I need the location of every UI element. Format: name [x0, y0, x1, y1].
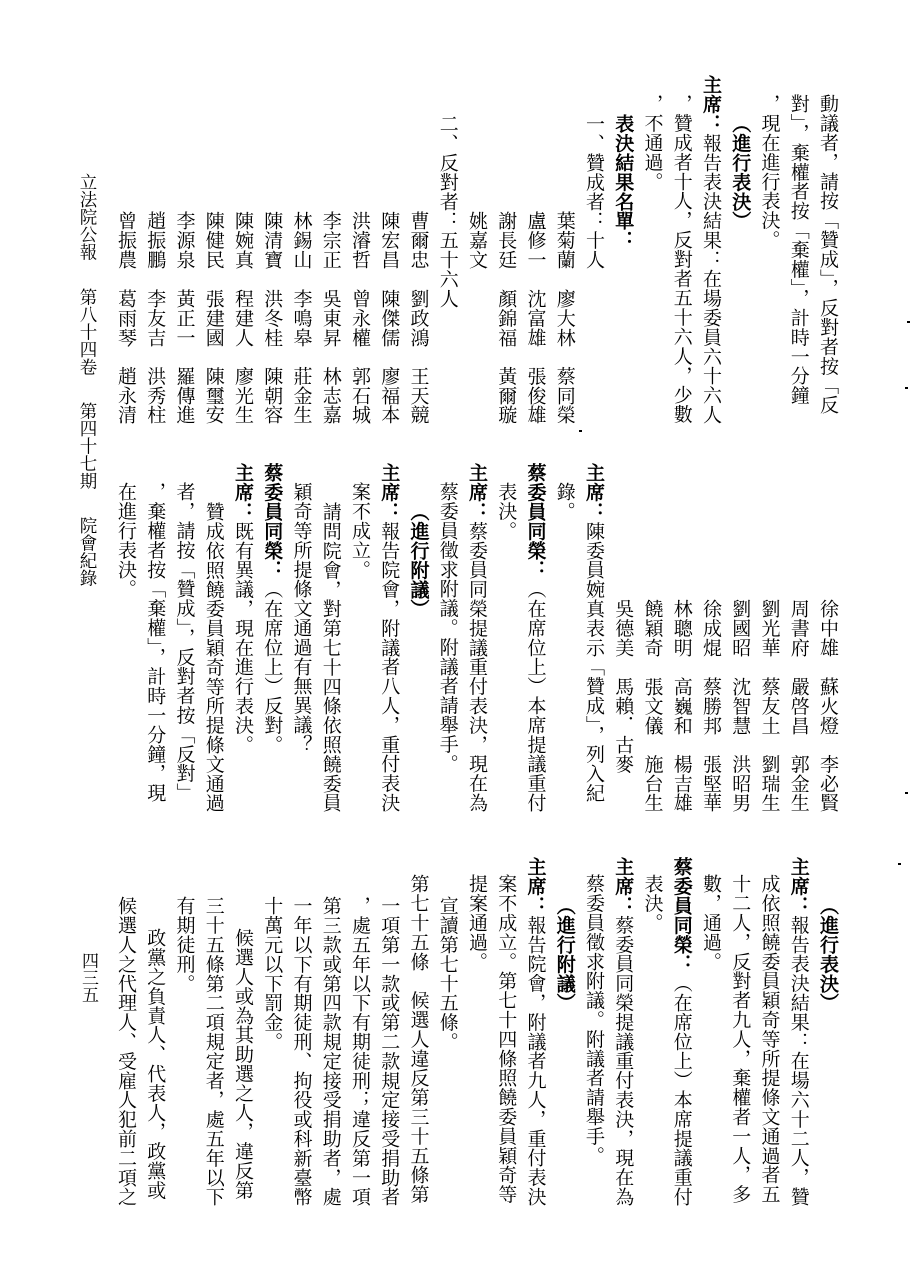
name-column: 林錫山李鳴皋莊金生 [286, 75, 315, 435]
speaker-label: 主席： [700, 75, 722, 133]
article-body-line: 候選人之代理人、受雇人犯前二項之 [111, 857, 140, 1217]
speaker-label: 主席： [525, 857, 547, 915]
legislator-name: 蔡勝邦 [700, 677, 722, 735]
stage-direction: （進行表決） [725, 75, 754, 435]
speaker-line: 主席：蔡委員同榮提議重付表決，現在為 [462, 463, 491, 823]
legislator-name: 曹爾忠 [408, 211, 430, 269]
legislator-name: 林聰明 [671, 599, 693, 657]
legislator-name: 馬賴．古麥 [612, 677, 634, 774]
continuation-line: ，不通過。 [637, 75, 666, 435]
name-column: 饒穎奇張文儀施台生 [637, 463, 666, 823]
article-paragraph-line: 政黨之負責人、代表人，政黨或 [140, 857, 169, 1217]
legislator-name: 洪冬桂 [261, 289, 283, 347]
continuation-line: ，現在進行表決。 [754, 75, 783, 435]
legislator-name: 曾永權 [349, 289, 371, 347]
speech-text: （在席位上）反對。 [261, 579, 283, 754]
legislator-name: 陳傑儒 [378, 289, 400, 347]
paragraph-line: 請問院會，對第七十四條依照饒委員 [316, 463, 345, 823]
article-body-line: 一年以下有期徒刑、拘役或科新臺幣 [286, 857, 315, 1217]
speaker-line: 主席：報告院會，附議者九人，重付表決 [520, 857, 549, 1217]
speaker-label: 主席： [788, 857, 810, 915]
legislator-name: 曾振農 [115, 211, 137, 269]
legislator-name: 徐成焜 [700, 599, 722, 657]
speaker-label: 主席： [583, 463, 605, 521]
legislator-name: 楊吉雄 [671, 754, 693, 812]
legislator-name: 陳宏昌 [378, 211, 400, 269]
legislator-name: 嚴啓昌 [788, 677, 810, 735]
legislator-name: 蔡同榮 [554, 366, 576, 424]
article-body-line: 一項第一款或第二款規定接受捐助者 [374, 857, 403, 1217]
stage-direction: （進行表決） [813, 857, 842, 1217]
scan-speck [579, 430, 582, 432]
legislator-name: 劉光華 [759, 599, 781, 657]
tier-top: 動議者，請按「贊成」，反對者按「反 對」，棄權者按「棄權」，計時一分鐘 ，現在進… [111, 75, 842, 435]
legislator-name: 徐中雄 [817, 599, 839, 657]
legislator-name: 黃爾璇 [495, 366, 517, 424]
section-label: 院會紀錄 [77, 517, 97, 587]
legislator-name: 劉政鴻 [408, 289, 430, 347]
continuation-line: 案不成立。 [345, 463, 374, 823]
name-column: 周書府嚴啓昌郭金生 [784, 463, 813, 823]
name-column: 姚嘉文 [462, 75, 491, 435]
legislator-name: 林錫山 [291, 211, 313, 269]
name-column: 吳德美馬賴．古麥 [608, 463, 637, 823]
continuation-line: 錄。 [550, 463, 579, 823]
name-column: 徐成焜蔡勝邦張堅華 [696, 463, 725, 823]
legislator-name: 程建人 [232, 289, 254, 347]
speech-text: 報告表決結果：在場六十二人，贊 [788, 915, 810, 1206]
legislator-name: 李友吉 [144, 289, 166, 347]
legislator-name: 饒穎奇 [642, 599, 664, 657]
speaker-line: 主席：報告表決結果：在場六十二人，贊 [784, 857, 813, 1217]
article-body-line: 第三款或第四款規定接受捐助者，處 [316, 857, 345, 1217]
legislator-name: 吳東昇 [320, 289, 342, 347]
scan-speck [898, 863, 901, 865]
name-column: 盧修一沈富雄張俊雄 [520, 75, 549, 435]
name-column: 謝長廷顏錦福黃爾璇 [491, 75, 520, 435]
name-column: 陳清寶洪冬桂陳朝容 [257, 75, 286, 435]
continuation-line: 表決。 [491, 463, 520, 823]
scan-speck [905, 387, 908, 389]
continuation-line: 案不成立。第七十四條照饒委員穎奇等 [491, 857, 520, 1217]
legislator-name: 陳朝容 [261, 366, 283, 424]
legislator-name: 劉國昭 [729, 599, 751, 657]
legislator-name: 施台生 [642, 754, 664, 812]
article-body-line: 三十五條第二項規定者，處五年以下 [199, 857, 228, 1217]
speaker-label: 蔡委員同榮： [525, 463, 547, 579]
legislator-name: 陳清寶 [261, 211, 283, 269]
speech-text: 蔡委員同榮提議重付表決，現在為 [466, 521, 488, 812]
article-body-line: 十萬元以下罰金。 [257, 857, 286, 1217]
legislator-name: 洪昭男 [729, 754, 751, 812]
speaker-line: 主席：陳委員婉真表示「贊成」，列入紀 [579, 463, 608, 823]
continuation-line: 穎奇等所提條文通過有無異議？ [286, 463, 315, 823]
speaker-label: 蔡委員同榮： [261, 463, 283, 579]
issue-label: 第四十七期 [77, 402, 97, 490]
legislator-name: 郭石城 [349, 366, 371, 424]
legislator-name: 陳璽安 [203, 366, 225, 424]
speaker-line: 主席：蔡委員同榮提議重付表決，現在為 [608, 857, 637, 1217]
scan-speck [907, 321, 910, 323]
continuation-line: 數，通過。 [696, 857, 725, 1217]
speech-text: 報告院會，附議者九人，重付表決 [525, 915, 547, 1206]
stage-direction: （進行附議） [403, 463, 432, 823]
legislator-name: 張文儀 [642, 677, 664, 735]
article-heading-line: 第七十五條 候選人違反第三十五條第 [403, 857, 432, 1217]
speech-text: （在席位上）本席提議重付 [671, 973, 693, 1206]
legislator-name: 蘇火燈 [817, 677, 839, 735]
legislator-name: 羅傳進 [174, 366, 196, 424]
name-column: 徐中雄蘇火燈李必賢 [813, 463, 842, 823]
article-body-line: 有期徒刑。 [169, 857, 198, 1217]
legislator-name: 沈智慧 [729, 677, 751, 735]
article-body-line: ，處五年以下有期徒刑；違反第一項 [345, 857, 374, 1217]
name-column: 陳宏昌陳傑儒廖福本 [374, 75, 403, 435]
speaker-label: 蔡委員同榮： [671, 857, 693, 973]
stage-direction: （進行附議） [550, 857, 579, 1217]
speech-text: 報告表決結果：在場委員六十六人 [700, 133, 722, 424]
legislator-name: 李宗正 [320, 211, 342, 269]
legislator-name: 廖大林 [554, 289, 576, 347]
continuation-line: 表決。 [637, 857, 666, 1217]
legislator-name: 葉菊蘭 [554, 211, 576, 269]
legislator-name: 吳德美 [612, 599, 634, 657]
legislator-name: 蔡友土 [759, 677, 781, 735]
speaker-label: 主席： [378, 463, 400, 521]
speaker-line: 蔡委員同榮：（在席位上）本席提議重付 [520, 463, 549, 823]
scan-speck [905, 792, 908, 794]
page-number: 四三五 [78, 952, 98, 1003]
legislator-name: 李必賢 [817, 754, 839, 812]
name-column: 劉光華蔡友土劉瑞生 [754, 463, 783, 823]
legislator-name: 林志嘉 [320, 366, 342, 424]
legislator-name: 高巍和 [671, 677, 693, 735]
name-column: 陳婉真程建人廖光生 [228, 75, 257, 435]
speech-text: 報告院會，附議者八人，重付表決 [378, 521, 400, 812]
name-column: 林聰明高巍和楊吉雄 [667, 463, 696, 823]
speaker-line: 蔡委員同榮：（在席位上）本席提議重付 [667, 857, 696, 1217]
name-column: 趙振鵬李友吉洪秀柱 [140, 75, 169, 435]
vote-group-label-no: 二、反對者：五十六人 [433, 75, 462, 435]
continuation-line: 動議者，請按「贊成」，反對者按「反 [813, 75, 842, 435]
continuation-line: 成依照饒委員穎奇等所提條文通過者五 [754, 857, 783, 1217]
tier-middle: 徐中雄蘇火燈李必賢 周書府嚴啓昌郭金生 劉光華蔡友土劉瑞生 劉國昭沈智慧洪昭男 … [111, 463, 842, 823]
speaker-label: 主席： [466, 463, 488, 521]
legislator-name: 張建國 [203, 289, 225, 347]
running-head: 立法院公報第八十四卷第四十七期院會紀錄 [77, 173, 97, 587]
legislator-name: 洪秀柱 [144, 366, 166, 424]
continuation-line: ，棄權者按「棄權」，計時一分鐘，現 [140, 463, 169, 823]
speaker-label: 主席： [232, 463, 254, 521]
name-column: 陳健民張建國陳璽安 [199, 75, 228, 435]
tier-bottom: （進行表決） 主席：報告表決結果：在場六十二人，贊 成依照饒委員穎奇等所提條文通… [111, 857, 842, 1217]
volume-label: 第八十四卷 [77, 288, 97, 376]
speaker-line: 主席：既有異議，現在進行表決。 [228, 463, 257, 823]
name-column: 曾振農葛雨琴趙永清 [111, 75, 140, 435]
legislator-name: 姚嘉文 [466, 211, 488, 269]
continuation-line: ，贊成者十人，反對者五十六人，少數 [667, 75, 696, 435]
legislator-name: 張堅華 [700, 754, 722, 812]
speech-text: （在席位上）本席提議重付 [525, 579, 547, 812]
legislator-name: 周書府 [788, 599, 810, 657]
legislator-name: 盧修一 [525, 211, 547, 269]
continuation-line: 者，請按「贊成」，反對者按「反對」 [169, 463, 198, 823]
legislator-name: 黃正一 [174, 289, 196, 347]
paragraph-line: 贊成依照饒委員穎奇等所提條文通過 [199, 463, 228, 823]
legislator-name: 郭金生 [788, 754, 810, 812]
name-column: 洪濬哲曾永權郭石城 [345, 75, 374, 435]
article-paragraph-line: 候選人或為其助選之人，違反第 [228, 857, 257, 1217]
legislator-name: 李鳴皋 [291, 289, 313, 347]
name-column: 李宗正吳東昇林志嘉 [316, 75, 345, 435]
legislator-name: 趙振鵬 [144, 211, 166, 269]
legislator-name: 李源泉 [174, 211, 196, 269]
legislator-name: 葛雨琴 [115, 289, 137, 347]
name-column: 葉菊蘭廖大林蔡同榮 [550, 75, 579, 435]
paragraph-line: 宣讀第七十五條。 [433, 857, 462, 1217]
legislator-name: 廖福本 [378, 366, 400, 424]
continuation-line: 十二人，反對者九人，棄權者一人，多 [725, 857, 754, 1217]
continuation-line: 對」，棄權者按「棄權」，計時一分鐘 [784, 75, 813, 435]
name-column: 曹爾忠劉政鴻王天競 [403, 75, 432, 435]
vote-group-label-yes: 一、贊成者：十人 [579, 75, 608, 435]
continuation-line: 蔡委員徵求附議。附議者請舉手。 [433, 463, 462, 823]
name-column: 李源泉黃正一羅傳進 [169, 75, 198, 435]
legislator-name: 洪濬哲 [349, 211, 371, 269]
legislator-name: 莊金生 [291, 366, 313, 424]
name-column: 劉國昭沈智慧洪昭男 [725, 463, 754, 823]
speech-text: 既有異議，現在進行表決。 [232, 521, 254, 754]
legislator-name: 張俊雄 [525, 366, 547, 424]
legislator-name: 王天競 [408, 366, 430, 424]
legislator-name: 陳健民 [203, 211, 225, 269]
speech-text: 蔡委員同榮提議重付表決，現在為 [612, 915, 634, 1206]
publication-title: 立法院公報 [77, 173, 97, 261]
legislator-name: 謝長廷 [495, 211, 517, 269]
speaker-line: 主席：報告表決結果：在場委員六十六人 [696, 75, 725, 435]
continuation-line: 在進行表決。 [111, 463, 140, 823]
continuation-line: 蔡委員徵求附議。附議者請舉手。 [579, 857, 608, 1217]
continuation-line: 提案通過。 [462, 857, 491, 1217]
speaker-line: 蔡委員同榮：（在席位上）反對。 [257, 463, 286, 823]
speaker-label: 主席： [612, 857, 634, 915]
roll-call-title: 表決結果名單： [608, 75, 637, 435]
legislator-name: 劉瑞生 [759, 754, 781, 812]
legislator-name: 沈富雄 [525, 289, 547, 347]
legislator-name: 陳婉真 [232, 211, 254, 269]
speaker-line: 主席：報告院會，附議者八人，重付表決 [374, 463, 403, 823]
speech-text: 陳委員婉真表示「贊成」，列入紀 [583, 521, 605, 803]
legislator-name: 趙永清 [115, 366, 137, 424]
legislator-name: 廖光生 [232, 366, 254, 424]
legislator-name: 顏錦福 [495, 289, 517, 347]
